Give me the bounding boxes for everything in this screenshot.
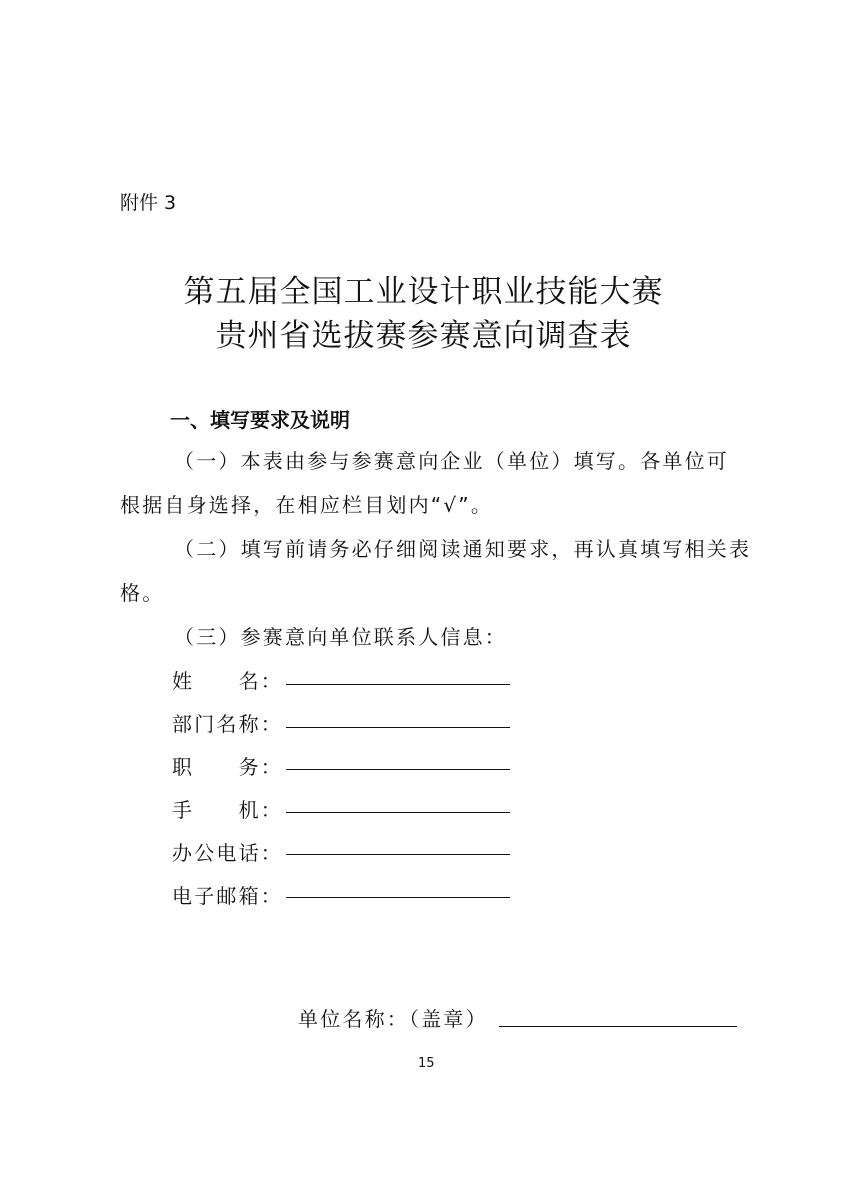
document-title-line2: 贵州省选拔赛参赛意向调查表 bbox=[0, 310, 847, 355]
position-label: 职 务： bbox=[172, 751, 284, 780]
unit-name-field[interactable] bbox=[499, 1026, 737, 1027]
email-label: 电子邮箱： bbox=[172, 880, 284, 909]
instruction-1-line1: （一）本表由参与参赛意向企业（单位）填写。各单位可 bbox=[174, 445, 729, 474]
office-phone-field[interactable] bbox=[286, 854, 510, 855]
department-field[interactable] bbox=[286, 727, 510, 728]
attachment-label: 附件 3 bbox=[120, 188, 176, 215]
document-title-line1: 第五届全国工业设计职业技能大赛 bbox=[0, 266, 847, 311]
name-label: 姓 名： bbox=[172, 665, 284, 694]
page-number: 15 bbox=[418, 1056, 435, 1071]
office-phone-label: 办公电话： bbox=[172, 837, 284, 866]
mobile-label: 手 机： bbox=[172, 794, 284, 823]
instruction-2-line2: 格。 bbox=[120, 577, 164, 606]
mobile-field[interactable] bbox=[286, 812, 510, 813]
unit-name-seal-label: 单位名称：（盖章） bbox=[298, 1003, 488, 1032]
position-field[interactable] bbox=[286, 769, 510, 770]
section-heading: 一、填写要求及说明 bbox=[170, 404, 350, 433]
instruction-1-line2: 根据自身选择，在相应栏目划内“√”。 bbox=[120, 489, 493, 518]
instruction-2-line1: （二）填写前请务必仔细阅读通知要求，再认真填写相关表 bbox=[174, 533, 751, 562]
instruction-3: （三）参赛意向单位联系人信息： bbox=[174, 621, 507, 650]
email-field[interactable] bbox=[286, 897, 510, 898]
name-field[interactable] bbox=[286, 684, 510, 685]
department-label: 部门名称： bbox=[172, 708, 284, 737]
